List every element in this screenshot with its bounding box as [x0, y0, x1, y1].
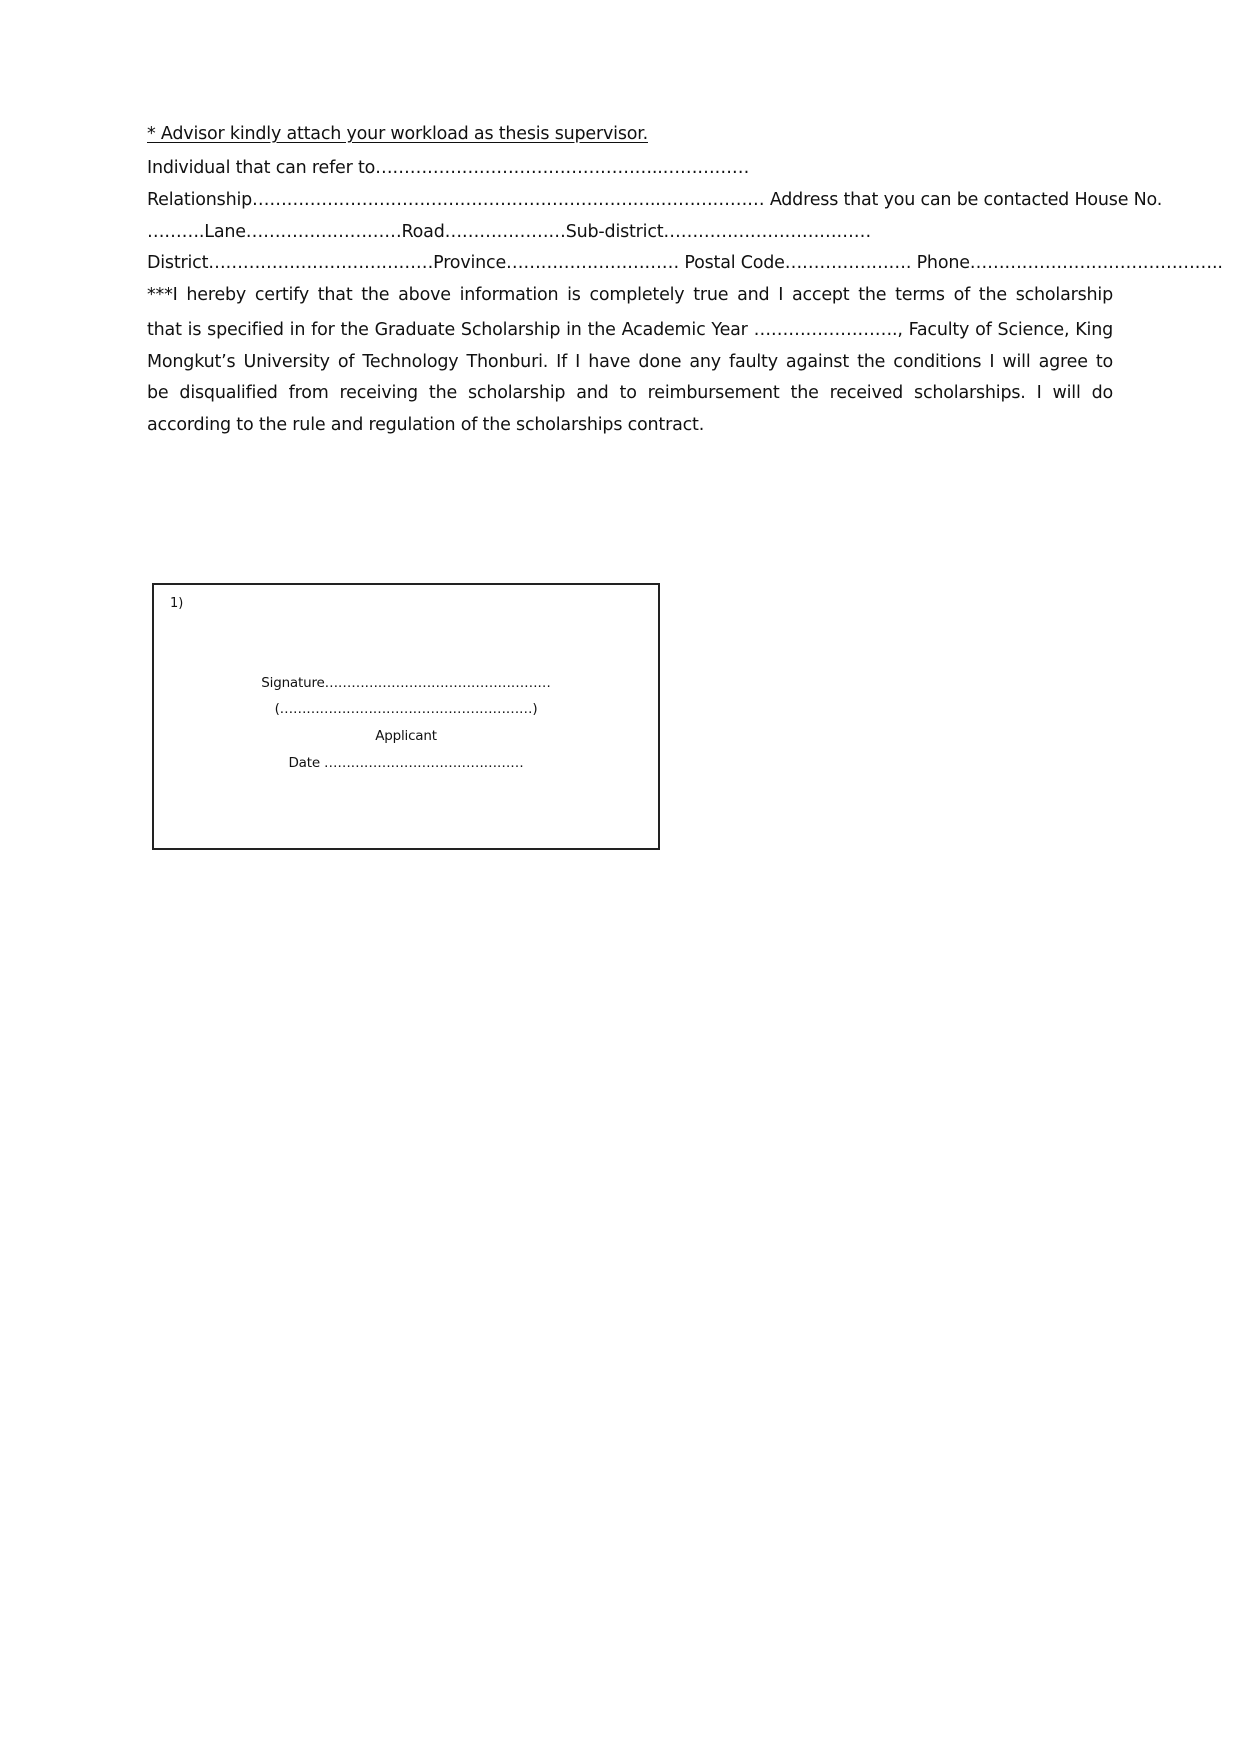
relationship-address-field: Relationship……………………………………………………………..………… [147, 190, 1162, 210]
date-field: Date ……………………………………… [154, 755, 658, 771]
signer-role: Applicant [154, 728, 658, 744]
certification-line: according to the rule and regulation of … [147, 415, 1113, 435]
certification-line: that is specified in for the Graduate Sc… [147, 320, 1113, 340]
signature-box-number: 1) [170, 596, 183, 611]
signature-box: 1) Signature…………………………………………… (………………………… [152, 583, 660, 850]
printed-name-field: (…………………………………………………) [154, 701, 658, 717]
referral-field: Individual that can refer to………………………………… [147, 158, 749, 178]
advisor-note: * Advisor kindly attach your workload as… [147, 124, 648, 144]
certification-line: Mongkut’s University of Technology Thonb… [147, 352, 1113, 372]
certification-line: be disqualified from receiving the schol… [147, 383, 1113, 403]
address-lane-road-field: ……….Lane………………………Road…………………Sub-district… [147, 222, 871, 242]
certification-line: ***I hereby certify that the above infor… [147, 285, 1113, 305]
address-district-phone-field: District…………………………………Province………………………… … [147, 253, 1223, 273]
signature-field: Signature…………………………………………… [154, 675, 658, 691]
